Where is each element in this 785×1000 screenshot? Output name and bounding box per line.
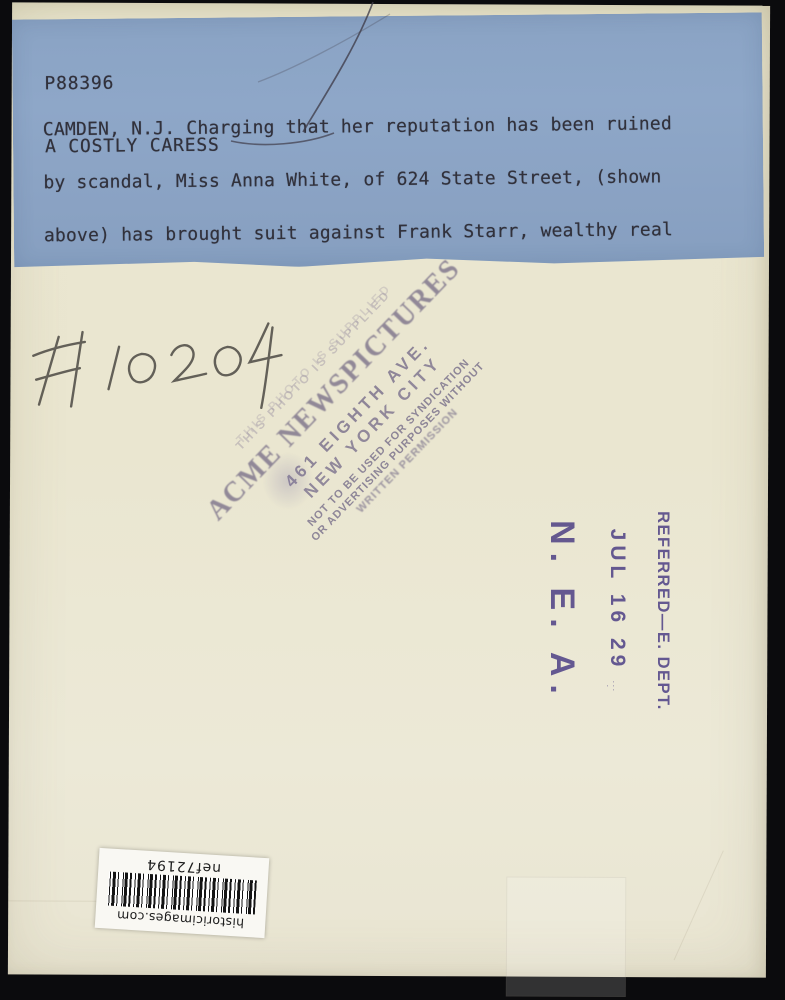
nea-dept-line: REFERRED—E. DEPT. <box>653 511 672 711</box>
nea-date-row: JUL 16 29 ···· <box>605 529 629 694</box>
photo-back-scan: P88396 A COSTLY CARESS CAMDEN, N.J. Char… <box>0 0 785 1000</box>
nea-agency-initials: N. E. A. <box>542 520 581 702</box>
nea-stamp: REFERRED—E. DEPT. JUL 16 29 ···· N. E. A… <box>542 486 672 736</box>
caption-line: CAMDEN, N.J. Charging that her reputatio… <box>43 115 705 139</box>
acme-stamp-smudge <box>262 452 314 510</box>
nea-date-marks: ···· <box>605 679 617 693</box>
paper-crease-patch <box>506 877 627 998</box>
sticker-code: nef72194 <box>146 856 222 877</box>
barcode-sticker: historicimages.com nef72194 <box>95 848 270 938</box>
paper-crease-line <box>674 850 724 960</box>
nea-date: JUL 16 29 <box>605 529 629 672</box>
